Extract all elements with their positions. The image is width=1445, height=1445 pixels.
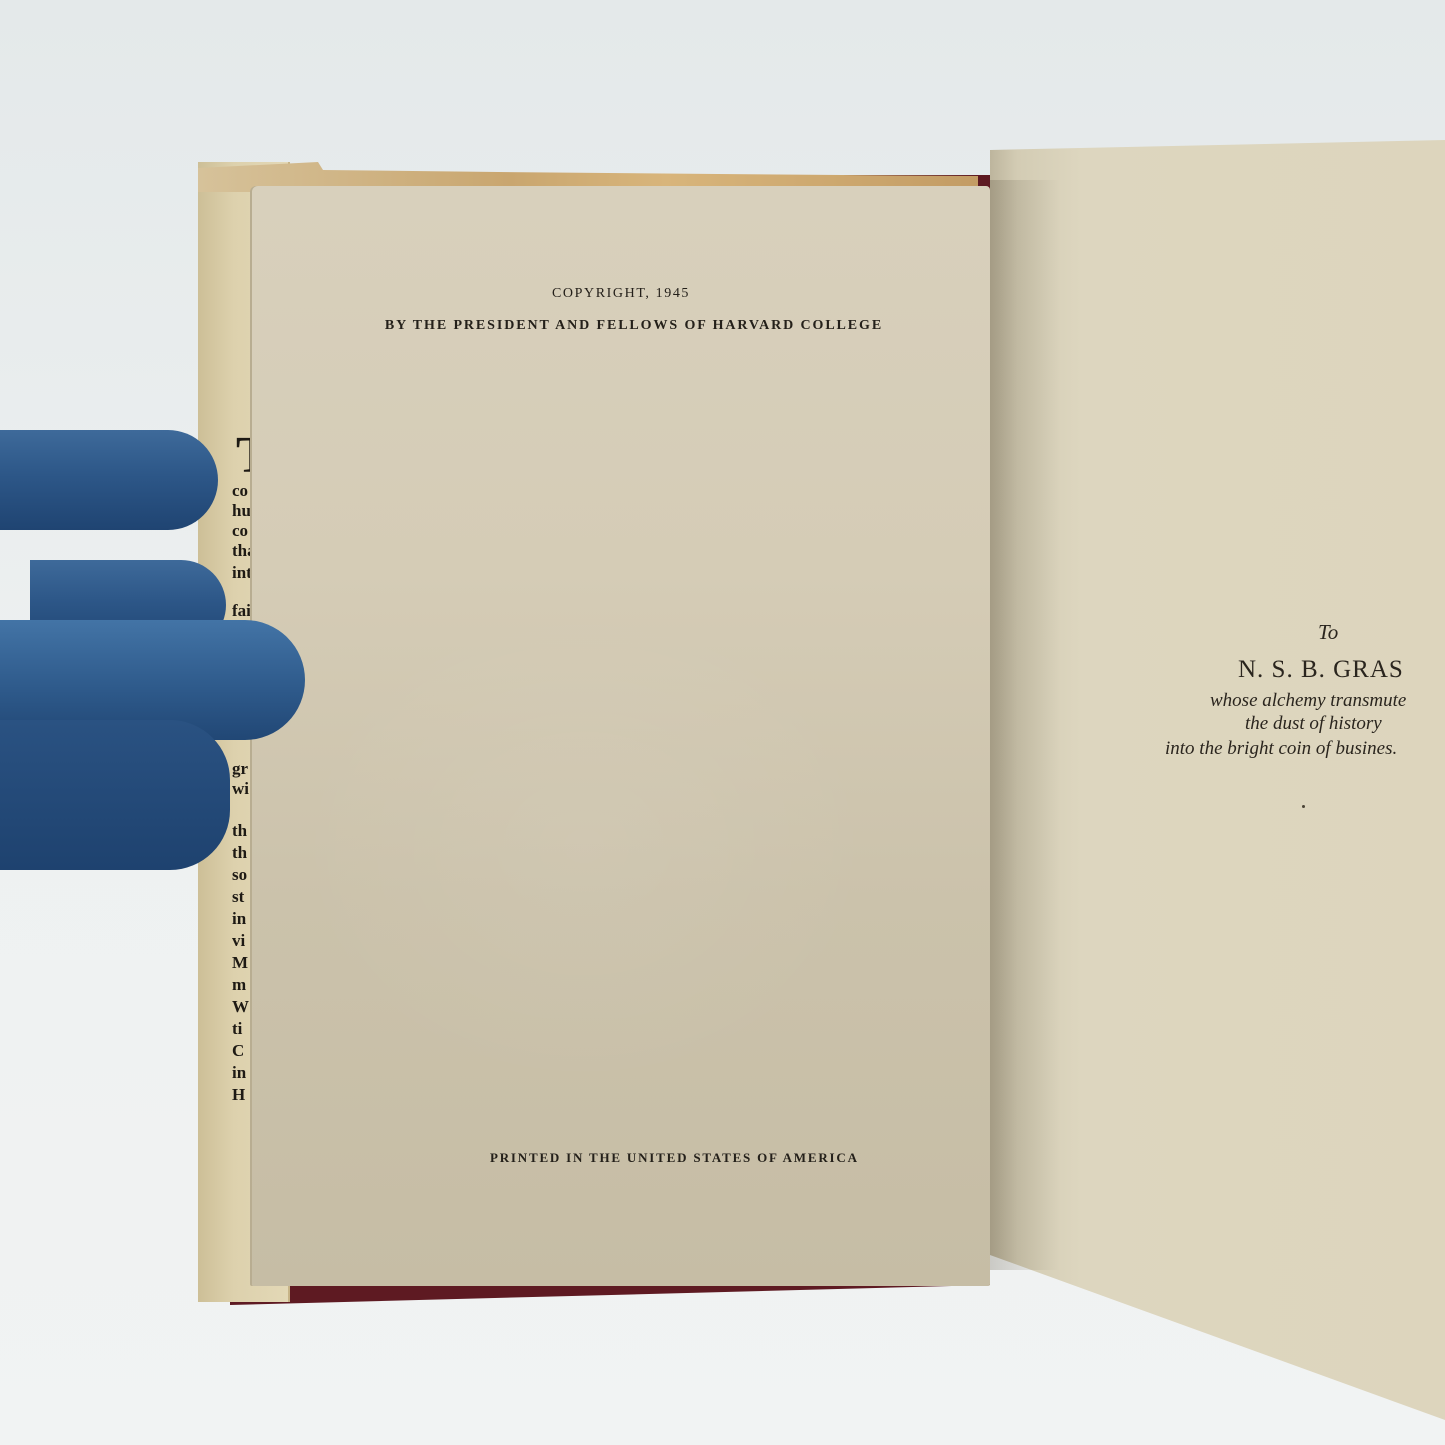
copyright-holder: BY THE PRESIDENT AND FELLOWS OF HARVARD …	[300, 318, 968, 334]
printed-in-notice: PRINTED IN THE UNITED STATES OF AMERICA	[300, 1150, 1060, 1166]
copyright-year: COPYRIGHT, 1945	[252, 286, 990, 302]
paper-speck	[1302, 805, 1305, 808]
glove-finger-lower	[0, 720, 230, 870]
dedication-line-3: into the bright coin of busines.	[1165, 738, 1445, 760]
glove-finger-index	[0, 430, 218, 530]
dedication-to: To	[1318, 620, 1445, 645]
gloved-hand	[0, 420, 320, 880]
dedication-line-2: the dust of history	[1245, 713, 1445, 735]
dedication-line-1: whose alchemy transmute	[1210, 690, 1445, 712]
gutter-shadow	[990, 180, 1060, 1270]
dedication-name: N. S. B. GRAS	[1238, 656, 1445, 684]
copyright-page	[252, 186, 990, 1286]
photo-scene: W T cohucothaintfaigrwiththsostinviMmWti…	[0, 0, 1445, 1445]
